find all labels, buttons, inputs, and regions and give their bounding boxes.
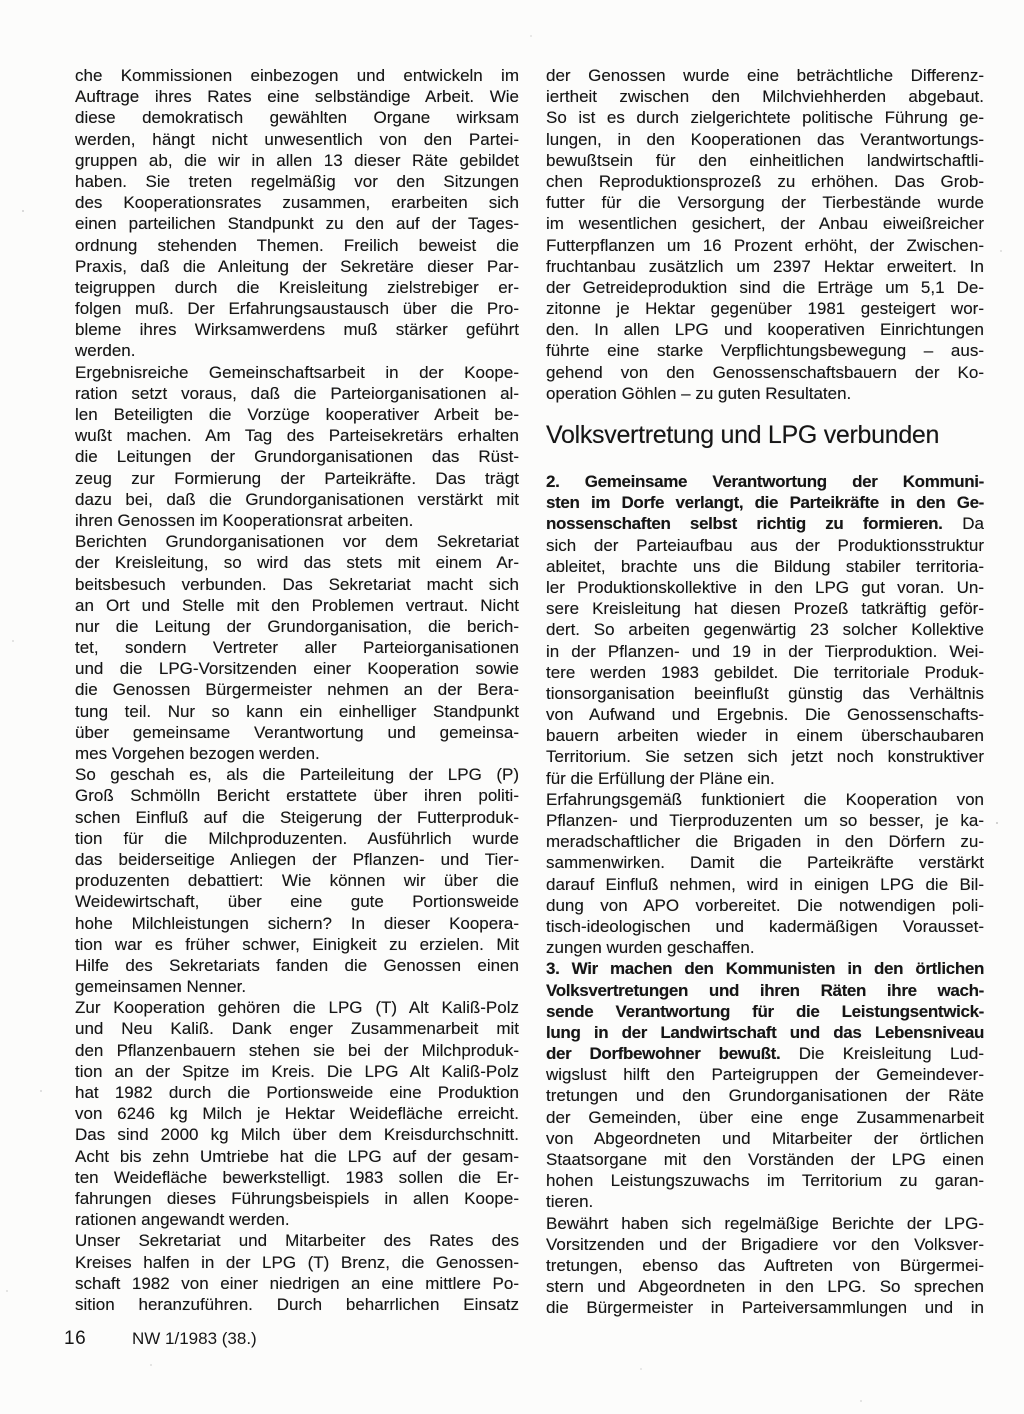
paragraph: Zur Kooperation gehören die LPG (T) Alt …	[75, 997, 519, 1230]
text-segment: nur die Leitung der Grundorganisation, d…	[75, 617, 519, 636]
text-segment: Unser Sekretariat und Mitarbeiter des Ra…	[75, 1231, 519, 1250]
text-segment: Kreises halfen in der LPG (T) Brenz, die…	[75, 1253, 519, 1272]
text-segment: den. In allen LPG und kooperativen Einri…	[546, 320, 984, 339]
text-line: len Beteiligten die Vorzüge kooperativer…	[75, 404, 519, 425]
text-line: ordnung stehenden Themen. Freilich bewei…	[75, 235, 519, 256]
paragraph: Unser Sekretariat und Mitarbeiter des Ra…	[75, 1230, 519, 1315]
text-segment: Ergebnisreiche Gemeinschaftsarbeit in de…	[75, 363, 519, 382]
text-segment: Praxis, daß die Anleitung der Sekretäre …	[75, 257, 519, 276]
text-line: fruchtanbau zusätzlich um 2397 Hektar er…	[546, 256, 984, 277]
text-segment: der Gemeinden, über eine enge Zusammenar…	[546, 1108, 984, 1127]
text-line: rationen angewandt werden.	[75, 1209, 519, 1230]
column-left: che Kommissionen einbezogen und entwicke…	[75, 65, 519, 1315]
text-line: 3. Wir machen den Kommunisten in den ört…	[546, 958, 984, 979]
text-segment: meradschaftlicher die Brigaden in den Dö…	[546, 832, 984, 851]
text-line: tion für die Milchproduzenten. Ausführli…	[75, 828, 519, 849]
text-segment: ableitet, brachte uns die Bildung stabil…	[546, 557, 984, 576]
text-line: tet, sondern Vertreter aller Parteiorgan…	[75, 637, 519, 658]
text-line: von Aufwand und Ergebnis. Die Genossensc…	[546, 704, 984, 725]
text-line: ten Weidefläche bewerkstelligt. 1983 sol…	[75, 1167, 519, 1188]
text-line: zungen wurden geschaffen.	[546, 937, 984, 958]
text-segment: tisch-ideologischen und kadermäßigen Vor…	[546, 917, 984, 936]
text-line: lungen, in den Kooperationen das Verantw…	[546, 129, 984, 150]
text-line: Vorsitzenden und der Brigadiere vor den …	[546, 1234, 984, 1255]
text-line: Territorium. Sie setzen sich jetzt noch …	[546, 746, 984, 767]
text-segment: stern und Abgeordneten in den LPG. So sp…	[546, 1277, 984, 1296]
text-segment: zungen wurden geschaffen.	[546, 938, 755, 957]
text-segment: tion war es früher schwer, Einigkeit zu …	[75, 935, 519, 954]
text-line: tieren.	[546, 1191, 984, 1212]
text-segment: futter für die Versorgung der Tierbestän…	[546, 193, 984, 212]
text-line: diese demokratisch gewählten Organe wirk…	[75, 107, 519, 128]
paragraph: So geschah es, als die Parteileitung der…	[75, 764, 519, 997]
text-segment: tere werden 1983 gebildet. Die territori…	[546, 663, 984, 682]
text-line: haben. Sie treten regelmäßig vor den Sit…	[75, 171, 519, 192]
text-line: Kreises halfen in der LPG (T) Brenz, die…	[75, 1252, 519, 1273]
text-segment: schen Einfluß auf die Steigerung der Fut…	[75, 808, 519, 827]
text-segment: Erfahrungsgemäß funktioniert die Koopera…	[546, 790, 984, 809]
text-line: wußt machen. Am Tag des Parteisekretärs …	[75, 425, 519, 446]
text-segment: im wesentlichen gesichert, der Anbau eiw…	[546, 214, 984, 233]
text-segment: die Genossen Bürgermeister nehmen an der…	[75, 680, 519, 699]
text-line: futter für die Versorgung der Tierbestän…	[546, 192, 984, 213]
text-segment: Territorium. Sie setzen sich jetzt noch …	[546, 747, 984, 766]
text-segment: sition heranzuführen. Durch beharrlichen…	[75, 1295, 519, 1314]
text-line: produzenten debattiert: Wie können wir ü…	[75, 870, 519, 891]
text-line: im wesentlichen gesichert, der Anbau eiw…	[546, 213, 984, 234]
text-segment: zitonne je Hektar gegenüber 1981 gesteig…	[546, 299, 984, 318]
text-segment: bauern arbeiten wieder in einem überscha…	[546, 726, 984, 745]
text-segment: sich der Parteiaufbau aus der Produktion…	[546, 536, 984, 555]
text-line: nossenschaften selbst richtig zu formier…	[546, 513, 984, 534]
column-right: der Genossen wurde eine beträchtliche Di…	[546, 65, 984, 1319]
text-line: ration setzt voraus, daß die Parteiorgan…	[75, 383, 519, 404]
text-line: sende Verantwortung für die Leistungsent…	[546, 1001, 984, 1022]
text-segment: tung teil. Nur so kann ein einhelliger S…	[75, 702, 519, 721]
text-segment: operation Göhlen – zu guten Resultaten.	[546, 384, 851, 403]
text-segment: werden, hängt nicht unwesentlich von den…	[75, 130, 519, 149]
text-segment: Hilfe des Sekretariats fanden die Genoss…	[75, 956, 519, 975]
text-segment: werden.	[75, 341, 135, 360]
text-segment: von Abgeordneten und Mitarbeiter der ört…	[546, 1129, 984, 1148]
text-line: Staatsorgane mit den Vorständen der LPG …	[546, 1149, 984, 1170]
text-line: dert. So arbeiten gegenwärtig 23 solcher…	[546, 619, 984, 640]
text-line: mes Vorgehen bezogen werden.	[75, 743, 519, 764]
bold-text-segment: sten im Dorfe verlangt, die Parteikräfte…	[546, 493, 984, 512]
text-line: dung von APO vorbereitet. Die notwendige…	[546, 895, 984, 916]
text-segment: ihren Genossen im Kooperationsrat arbeit…	[75, 511, 413, 530]
bold-text-segment: sende Verantwortung für die Leistungsent…	[546, 1002, 984, 1021]
paragraph: Erfahrungsgemäß funktioniert die Koopera…	[546, 789, 984, 959]
text-line: tion an der Spitze im Kreis. Die LPG Alt…	[75, 1061, 519, 1082]
text-segment: der Kreisleitung, so wird das stets mit …	[75, 553, 519, 572]
text-line: darauf Einfluß nehmen, wird in einigen L…	[546, 874, 984, 895]
text-segment: gehend von den Genossenschaftsbauern der…	[546, 363, 984, 382]
text-segment: Acht bis zehn Umtriebe hat die LPG auf d…	[75, 1147, 519, 1166]
text-segment: Groß Schmölln Bericht erstattete über ih…	[75, 786, 519, 805]
text-line: wigslust hilft den Parteigruppen der Gem…	[546, 1064, 984, 1085]
text-segment: von 6246 kg Milch je Hektar Weidefläche …	[75, 1104, 519, 1123]
text-line: Auftrage ihres Rates eine selbständige A…	[75, 86, 519, 107]
text-segment: len Beteiligten die Vorzüge kooperativer…	[75, 405, 519, 424]
text-line: der Gemeinden, über eine enge Zusammenar…	[546, 1107, 984, 1128]
text-line: operation Göhlen – zu guten Resultaten.	[546, 383, 984, 404]
text-segment: ordnung stehenden Themen. Freilich bewei…	[75, 236, 519, 255]
text-segment: sammenwirken. Damit die Parteikräfte ver…	[546, 853, 984, 872]
text-segment: tet, sondern Vertreter aller Parteiorgan…	[75, 638, 519, 657]
text-line: che Kommissionen einbezogen und entwicke…	[75, 65, 519, 86]
text-line: werden.	[75, 340, 519, 361]
text-line: die Bürgermeister in Parteiversammlungen…	[546, 1297, 984, 1318]
text-line: den. In allen LPG und kooperativen Einri…	[546, 319, 984, 340]
text-segment: wußt machen. Am Tag des Parteisekretärs …	[75, 426, 519, 445]
text-segment: ten Weidefläche bewerkstelligt. 1983 sol…	[75, 1168, 519, 1187]
text-line: der Genossen wurde eine beträchtliche Di…	[546, 65, 984, 86]
text-line: gemeinsamen Nenner.	[75, 976, 519, 997]
text-line: tretungen und den Grundorganisationen de…	[546, 1085, 984, 1106]
text-segment: teigruppen durch die Kreisleitung zielst…	[75, 278, 519, 297]
text-line: Weidewirtschaft, über eine gute Portions…	[75, 891, 519, 912]
text-line: von Abgeordneten und Mitarbeiter der ört…	[546, 1128, 984, 1149]
text-segment: Das sind 2000 kg Milch über dem Kreisdur…	[75, 1125, 519, 1144]
text-line: So ist es durch zielgerichtete politisch…	[546, 107, 984, 128]
text-line: lung in der Landwirtschaft und das Leben…	[546, 1022, 984, 1043]
text-line: führte eine starke Verpflichtungsbewegun…	[546, 340, 984, 361]
paragraph: 3. Wir machen den Kommunisten in den ört…	[546, 958, 984, 1212]
text-line: sammenwirken. Damit die Parteikräfte ver…	[546, 852, 984, 873]
text-segment: in der Pflanzen- und 19 in der Tierprodu…	[546, 642, 984, 661]
text-line: der Kreisleitung, so wird das stets mit …	[75, 552, 519, 573]
text-segment: gruppen ab, die wir in allen 13 dieser R…	[75, 151, 519, 170]
text-segment: sere Kreisleitung hat diesen Prozeß tatk…	[546, 599, 984, 618]
scan-noise	[0, 0, 2, 2]
text-line: und die LPG-Vorsitzenden einer Kooperati…	[75, 658, 519, 679]
text-segment: bewußtsein für den einheitlichen landwir…	[546, 151, 984, 170]
text-segment: die Leitungen der Grundorganisationen da…	[75, 447, 519, 466]
text-segment: chen Reproduktionsprozeß zu erhöhen. Das…	[546, 172, 984, 191]
text-line: ler Produktionskollektive in den LPG gut…	[546, 577, 984, 598]
text-segment: iertheit zwischen den Milchviehherden ab…	[546, 87, 984, 106]
text-line: schaft 1982 von einer niedrigen an eine …	[75, 1273, 519, 1294]
text-line: sten im Dorfe verlangt, die Parteikräfte…	[546, 492, 984, 513]
text-segment: Zur Kooperation gehören die LPG (T) Alt …	[75, 998, 519, 1017]
text-line: fahrungen dieses Führungsbeispiels in al…	[75, 1188, 519, 1209]
text-segment: ler Produktionskollektive in den LPG gut…	[546, 578, 984, 597]
text-line: werden, hängt nicht unwesentlich von den…	[75, 129, 519, 150]
text-line: Ergebnisreiche Gemeinschaftsarbeit in de…	[75, 362, 519, 383]
text-line: und Neu Kaliß. Dank enger Zusammenarbeit…	[75, 1018, 519, 1039]
issue-label: NW 1/1983 (38.)	[132, 1329, 257, 1348]
text-line: einen parteilichen Standpunkt zu den auf…	[75, 213, 519, 234]
text-segment: der Getreideproduktion sind die Erträge …	[546, 278, 984, 297]
paragraph: Bewährt haben sich regelmäßige Berichte …	[546, 1213, 984, 1319]
text-line: ableitet, brachte uns die Bildung stabil…	[546, 556, 984, 577]
text-line: tion war es früher schwer, Einigkeit zu …	[75, 934, 519, 955]
text-segment: für die Erfüllung der Pläne ein.	[546, 769, 775, 788]
text-line: stern und Abgeordneten in den LPG. So sp…	[546, 1276, 984, 1297]
text-line: sich der Parteiaufbau aus der Produktion…	[546, 535, 984, 556]
text-line: schen Einfluß auf die Steigerung der Fut…	[75, 807, 519, 828]
text-segment: beitsbesuch verbunden. Das Sekretariat m…	[75, 575, 519, 594]
page-footer: 16NW 1/1983 (38.)	[64, 1328, 564, 1350]
text-line: in der Pflanzen- und 19 in der Tierprodu…	[546, 641, 984, 662]
text-line: des Kooperationsrates zusammen, erarbeit…	[75, 192, 519, 213]
text-line: gehend von den Genossenschaftsbauern der…	[546, 362, 984, 383]
text-segment: tieren.	[546, 1192, 593, 1211]
text-segment: tionsorganisation beeinflußt günstig das…	[546, 684, 984, 703]
text-line: die Genossen Bürgermeister nehmen an der…	[75, 679, 519, 700]
text-segment: dert. So arbeiten gegenwärtig 23 solcher…	[546, 620, 984, 639]
text-segment: des Kooperationsrates zusammen, erarbeit…	[75, 193, 519, 212]
bold-text-segment: lung in der Landwirtschaft und das Leben…	[546, 1023, 984, 1042]
text-segment: hat 1982 durch die Portionsweide eine Pr…	[75, 1083, 519, 1102]
text-line: Praxis, daß die Anleitung der Sekretäre …	[75, 256, 519, 277]
text-line: tretungen, ebenso das Auftreten von Bürg…	[546, 1255, 984, 1276]
bold-text-segment: der Dorfbewohner bewußt.	[546, 1044, 780, 1063]
paragraph: Berichten Grundorganisationen vor dem Se…	[75, 531, 519, 764]
text-segment: fahrungen dieses Führungsbeispiels in al…	[75, 1189, 519, 1208]
text-segment: Da	[943, 514, 985, 533]
text-line: zitonne je Hektar gegenüber 1981 gesteig…	[546, 298, 984, 319]
text-line: über gemeinsame Verantwortung und gemein…	[75, 722, 519, 743]
text-line: der Getreideproduktion sind die Erträge …	[546, 277, 984, 298]
bold-text-segment: nossenschaften selbst richtig zu formier…	[546, 514, 943, 533]
text-line: tung teil. Nur so kann ein einhelliger S…	[75, 701, 519, 722]
text-line: Futterpflanzen um 16 Prozent erhöht, der…	[546, 235, 984, 256]
text-line: an Ort und Stelle mit den Problemen vert…	[75, 595, 519, 616]
text-segment: einen parteilichen Standpunkt zu den auf…	[75, 214, 519, 233]
text-segment: folgen muß. Der Erfahrungsaustausch über…	[75, 299, 519, 318]
section-heading: Volksvertretung und LPG verbunden	[546, 420, 984, 450]
text-segment: Pflanzen- und Tierproduzenten um so bess…	[546, 811, 984, 830]
text-segment: Bewährt haben sich regelmäßige Berichte …	[546, 1214, 984, 1233]
text-segment: Weidewirtschaft, über eine gute Portions…	[75, 892, 519, 911]
text-segment: schaft 1982 von einer niedrigen an eine …	[75, 1274, 519, 1293]
text-segment: tretungen und den Grundorganisationen de…	[546, 1086, 984, 1105]
text-segment: Staatsorgane mit den Vorständen der LPG …	[546, 1150, 984, 1169]
text-line: hat 1982 durch die Portionsweide eine Pr…	[75, 1082, 519, 1103]
text-segment: So geschah es, als die Parteileitung der…	[75, 765, 519, 784]
text-line: sere Kreisleitung hat diesen Prozeß tatk…	[546, 598, 984, 619]
text-line: tisch-ideologischen und kadermäßigen Vor…	[546, 916, 984, 937]
text-line: Bewährt haben sich regelmäßige Berichte …	[546, 1213, 984, 1234]
text-line: Unser Sekretariat und Mitarbeiter des Ra…	[75, 1230, 519, 1251]
text-line: bauern arbeiten wieder in einem überscha…	[546, 725, 984, 746]
text-line: Volksvertretungen und ihren Räten ihre w…	[546, 980, 984, 1001]
text-line: das beiderseitige Anliegen der Pflanzen-…	[75, 849, 519, 870]
magazine-page: che Kommissionen einbezogen und entwicke…	[0, 0, 1024, 1414]
text-line: iertheit zwischen den Milchviehherden ab…	[546, 86, 984, 107]
text-line: bleme ihres Wirksamwerdens muß stärker g…	[75, 319, 519, 340]
text-segment: bleme ihres Wirksamwerdens muß stärker g…	[75, 320, 519, 339]
text-segment: zeug zur Formierung der Parteikräfte. Da…	[75, 469, 519, 488]
text-line: sition heranzuführen. Durch beharrlichen…	[75, 1294, 519, 1315]
text-segment: Futterpflanzen um 16 Prozent erhöht, der…	[546, 236, 984, 255]
text-line: dazu bei, daß die Grundorganisationen ve…	[75, 489, 519, 510]
text-line: folgen muß. Der Erfahrungsaustausch über…	[75, 298, 519, 319]
text-line: ihren Genossen im Kooperationsrat arbeit…	[75, 510, 519, 531]
text-segment: Berichten Grundorganisationen vor dem Se…	[75, 532, 519, 551]
text-segment: dazu bei, daß die Grundorganisationen ve…	[75, 490, 519, 509]
text-line: Hilfe des Sekretariats fanden die Genoss…	[75, 955, 519, 976]
text-segment: Die Kreisleitung Lud-	[780, 1044, 984, 1063]
text-segment: darauf Einfluß nehmen, wird in einigen L…	[546, 875, 984, 894]
text-line: Berichten Grundorganisationen vor dem Se…	[75, 531, 519, 552]
text-line: hohe Milchleistungen sichern? In dieser …	[75, 913, 519, 934]
paragraph: che Kommissionen einbezogen und entwicke…	[75, 65, 519, 362]
bold-text-segment: 3. Wir machen den Kommunisten in den ört…	[546, 959, 984, 978]
text-line: Erfahrungsgemäß funktioniert die Koopera…	[546, 789, 984, 810]
text-segment: So ist es durch zielgerichtete politisch…	[546, 108, 984, 127]
text-segment: über gemeinsame Verantwortung und gemein…	[75, 723, 519, 742]
text-segment: hohen Leistungszuwachs im Territorium zu…	[546, 1171, 984, 1190]
text-line: tionsorganisation beeinflußt günstig das…	[546, 683, 984, 704]
text-line: zeug zur Formierung der Parteikräfte. Da…	[75, 468, 519, 489]
text-segment: Vorsitzenden und der Brigadiere vor den …	[546, 1235, 984, 1254]
text-line: So geschah es, als die Parteileitung der…	[75, 764, 519, 785]
text-line: nur die Leitung der Grundorganisation, d…	[75, 616, 519, 637]
text-segment: produzenten debattiert: Wie können wir ü…	[75, 871, 519, 890]
text-segment: führte eine starke Verpflichtungsbewegun…	[546, 341, 984, 360]
text-segment: tion für die Milchproduzenten. Ausführli…	[75, 829, 519, 848]
text-line: von 6246 kg Milch je Hektar Weidefläche …	[75, 1103, 519, 1124]
text-line: Zur Kooperation gehören die LPG (T) Alt …	[75, 997, 519, 1018]
text-segment: mes Vorgehen bezogen werden.	[75, 744, 320, 763]
text-segment: hohe Milchleistungen sichern? In dieser …	[75, 914, 519, 933]
text-segment: fruchtanbau zusätzlich um 2397 Hektar er…	[546, 257, 984, 276]
text-segment: ration setzt voraus, daß die Parteiorgan…	[75, 384, 519, 403]
text-segment: und die LPG-Vorsitzenden einer Kooperati…	[75, 659, 519, 678]
text-line: Pflanzen- und Tierproduzenten um so bess…	[546, 810, 984, 831]
text-segment: diese demokratisch gewählten Organe wirk…	[75, 108, 519, 127]
text-line: 2. Gemeinsame Verantwortung der Kommuni-	[546, 471, 984, 492]
text-line: Das sind 2000 kg Milch über dem Kreisdur…	[75, 1124, 519, 1145]
text-line: teigruppen durch die Kreisleitung zielst…	[75, 277, 519, 298]
text-segment: wigslust hilft den Parteigruppen der Gem…	[546, 1065, 984, 1084]
text-segment: rationen angewandt werden.	[75, 1210, 290, 1229]
text-line: die Leitungen der Grundorganisationen da…	[75, 446, 519, 467]
text-segment: dung von APO vorbereitet. Die notwendige…	[546, 896, 984, 915]
paragraph: der Genossen wurde eine beträchtliche Di…	[546, 65, 984, 404]
text-segment: die Bürgermeister in Parteiversammlungen…	[546, 1298, 984, 1317]
text-segment: tion an der Spitze im Kreis. Die LPG Alt…	[75, 1062, 519, 1081]
text-segment: tretungen, ebenso das Auftreten von Bürg…	[546, 1256, 984, 1275]
text-segment: haben. Sie treten regelmäßig vor den Sit…	[75, 172, 519, 191]
text-segment: den Pflanzenbauern stehen sie bei der Mi…	[75, 1041, 519, 1060]
text-line: gruppen ab, die wir in allen 13 dieser R…	[75, 150, 519, 171]
text-segment: und Neu Kaliß. Dank enger Zusammenarbeit…	[75, 1019, 519, 1038]
bold-text-segment: 2. Gemeinsame Verantwortung der Kommuni-	[546, 472, 984, 491]
text-line: Groß Schmölln Bericht erstattete über ih…	[75, 785, 519, 806]
text-segment: gemeinsamen Nenner.	[75, 977, 246, 996]
text-segment: lungen, in den Kooperationen das Verantw…	[546, 130, 984, 149]
page-number: 16	[64, 1328, 132, 1350]
text-segment: der Genossen wurde eine beträchtliche Di…	[546, 66, 984, 85]
text-segment: che Kommissionen einbezogen und entwicke…	[75, 66, 519, 85]
text-segment: an Ort und Stelle mit den Problemen vert…	[75, 596, 519, 615]
text-line: der Dorfbewohner bewußt. Die Kreisleitun…	[546, 1043, 984, 1064]
text-line: beitsbesuch verbunden. Das Sekretariat m…	[75, 574, 519, 595]
text-line: für die Erfüllung der Pläne ein.	[546, 768, 984, 789]
text-line: bewußtsein für den einheitlichen landwir…	[546, 150, 984, 171]
text-line: den Pflanzenbauern stehen sie bei der Mi…	[75, 1040, 519, 1061]
text-line: hohen Leistungszuwachs im Territorium zu…	[546, 1170, 984, 1191]
text-line: tere werden 1983 gebildet. Die territori…	[546, 662, 984, 683]
text-line: chen Reproduktionsprozeß zu erhöhen. Das…	[546, 171, 984, 192]
text-segment: Auftrage ihres Rates eine selbständige A…	[75, 87, 519, 106]
paragraph: Ergebnisreiche Gemeinschaftsarbeit in de…	[75, 362, 519, 532]
bold-text-segment: Volksvertretungen und ihren Räten ihre w…	[546, 981, 984, 1000]
text-segment: das beiderseitige Anliegen der Pflanzen-…	[75, 850, 519, 869]
text-segment: von Aufwand und Ergebnis. Die Genossensc…	[546, 705, 984, 724]
paragraph: 2. Gemeinsame Verantwortung der Kommuni-…	[546, 471, 984, 789]
text-line: Acht bis zehn Umtriebe hat die LPG auf d…	[75, 1146, 519, 1167]
text-line: meradschaftlicher die Brigaden in den Dö…	[546, 831, 984, 852]
